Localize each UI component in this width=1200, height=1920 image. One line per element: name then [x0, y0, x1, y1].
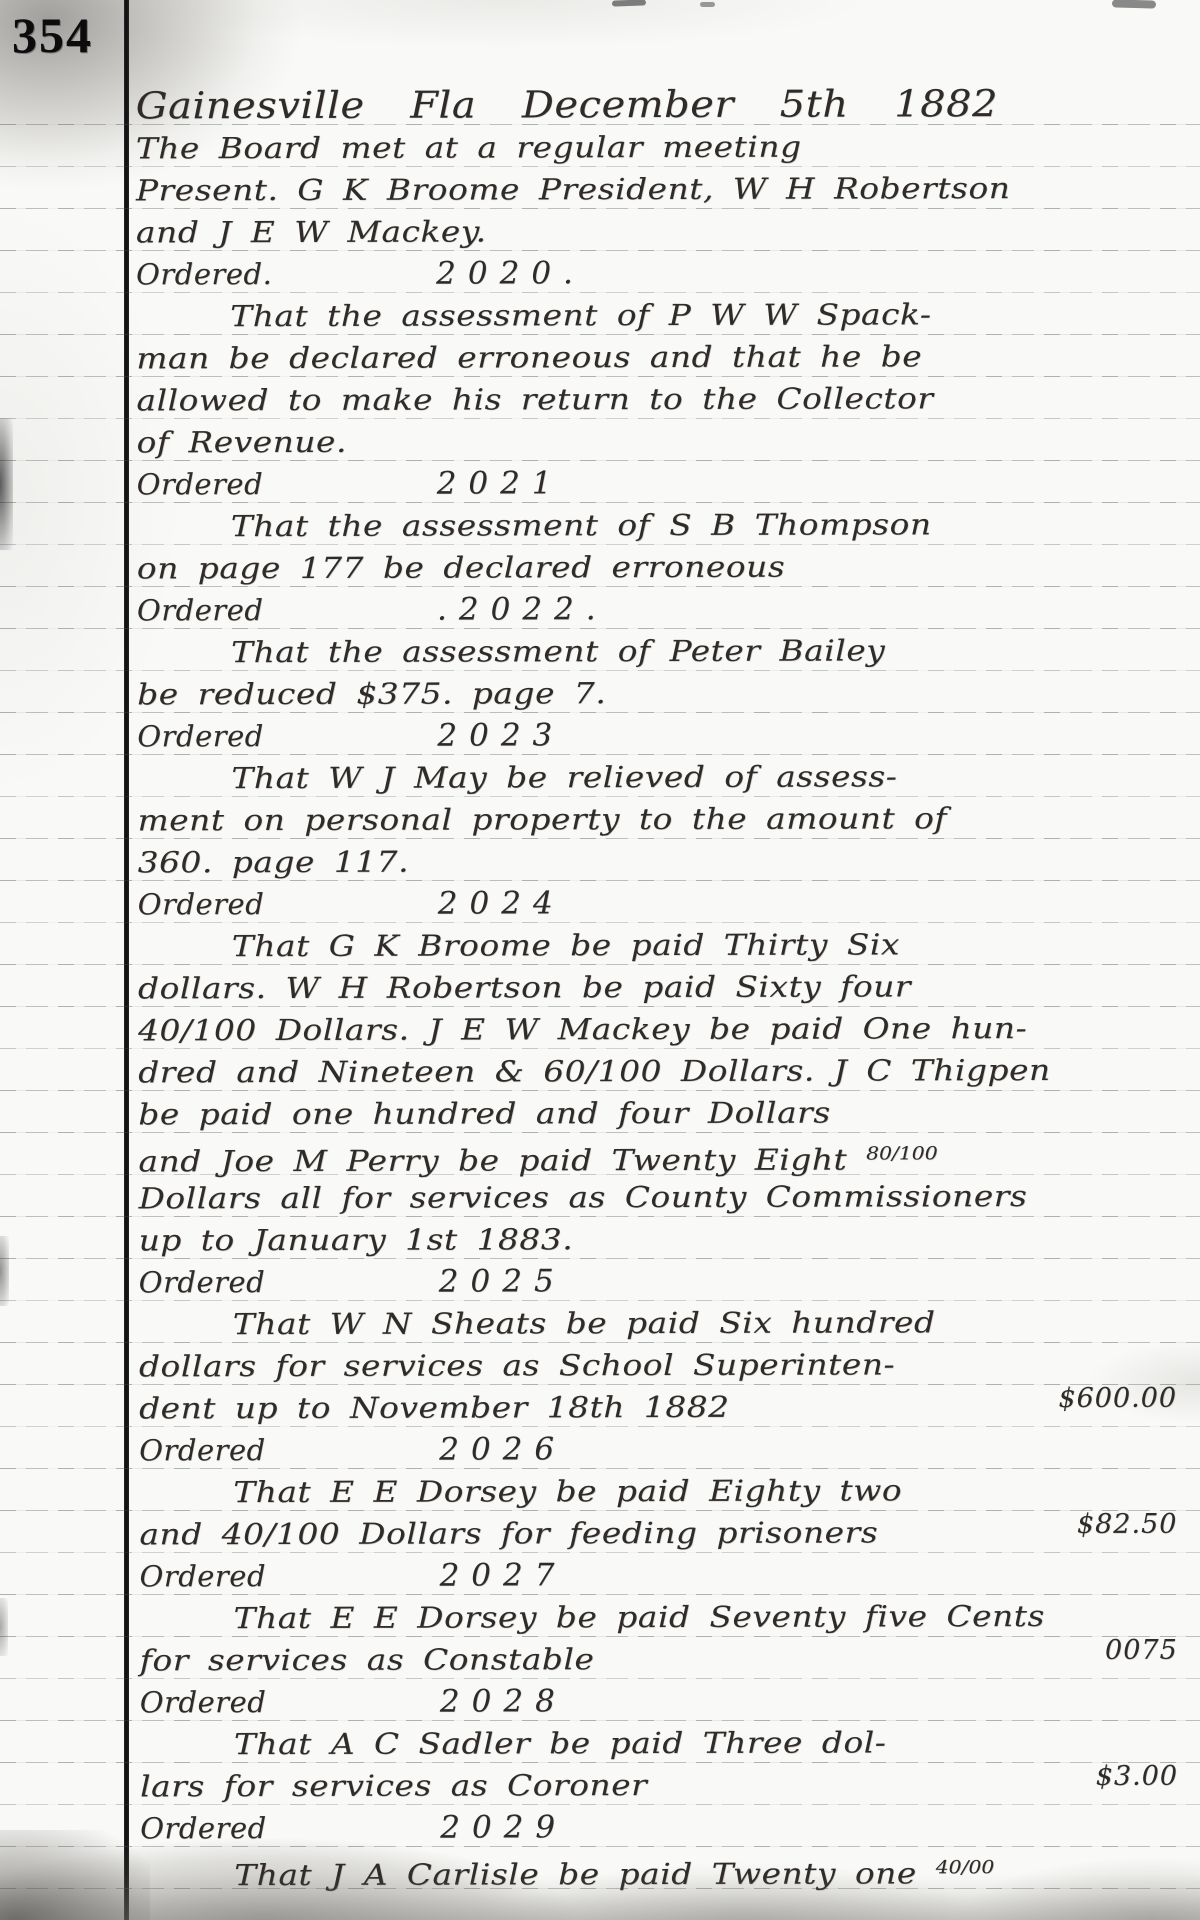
order-number: 2020. — [436, 255, 585, 291]
line-text: be paid one hundred and four Dollars — [138, 1092, 831, 1136]
order-number: 2025 — [439, 1263, 566, 1299]
ledger-page: 354 Gainesville Fla December 5th 1882The… — [0, 0, 1200, 1920]
line-text: Gainesville Fla December 5th 1882 — [136, 83, 999, 127]
document-line: dred and Nineteen & 60/100 Dollars. J C … — [138, 1049, 1182, 1094]
document-line: dent up to November 18th 1882$600.00 — [139, 1385, 1183, 1430]
ordered-label: Ordered — [137, 463, 437, 506]
line-text: That W J May be relieved of assess- — [231, 755, 897, 799]
order-number: 2023 — [437, 717, 564, 753]
document-line: That the assessment of Peter Bailey — [137, 629, 1181, 674]
line-text: be reduced $375. page 7. — [137, 672, 606, 715]
order-number: .2022. — [437, 591, 608, 627]
ordered-line: Ordered2023 — [137, 713, 1181, 758]
line-text: dent up to November 18th 1882 — [139, 1386, 730, 1430]
line-text: 40/100 Dollars. J E W Mackey be paid One… — [138, 1007, 1027, 1051]
document-line: allowed to make his return to the Collec… — [136, 377, 1180, 422]
ordered-line: Ordered2027 — [139, 1553, 1183, 1598]
document-line: dollars for services as School Superinte… — [139, 1343, 1183, 1388]
line-text: That the assessment of P W W Spack- — [230, 293, 931, 337]
document-line: for services as Constable0075 — [140, 1637, 1184, 1682]
line-text: That J A Carlisle be paid Twenty one 40/… — [234, 1847, 994, 1896]
line-text: and J E W Mackey. — [136, 210, 487, 253]
document-line: ment on personal property to the amount … — [138, 797, 1182, 842]
line-text: The Board met at a regular meeting — [136, 126, 802, 170]
amount-value: $600.00 — [1058, 1378, 1177, 1420]
document-line: be reduced $375. page 7. — [137, 671, 1181, 716]
scan-smudge — [1112, 0, 1156, 9]
ordered-label: Ordered — [137, 715, 437, 758]
document-line: 40/100 Dollars. J E W Mackey be paid One… — [138, 1007, 1182, 1052]
order-number: 2029 — [440, 1809, 567, 1845]
line-text: dollars. W H Robertson be paid Sixty fou… — [138, 965, 911, 1009]
document-line: That W N Sheats be paid Six hundred — [139, 1301, 1183, 1346]
document-line: The Board met at a regular meeting — [136, 125, 1180, 170]
line-text: That G K Broome be paid Thirty Six — [232, 923, 900, 967]
ordered-label: Ordered — [139, 1261, 439, 1304]
ordered-label: Ordered — [138, 883, 438, 926]
scan-smudge — [700, 2, 715, 7]
line-text: Dollars all for services as County Commi… — [138, 1175, 1027, 1219]
document-line: and J E W Mackey. — [136, 209, 1180, 254]
order-number: 2028 — [440, 1683, 567, 1719]
margin-rule-line — [124, 0, 129, 1920]
document-line: up to January 1st 1883. — [139, 1217, 1183, 1262]
line-text: That W N Sheats be paid Six hundred — [233, 1301, 936, 1345]
document-line: on page 177 be declared erroneous — [137, 545, 1181, 590]
line-text: Present. G K Broome President, W H Rober… — [136, 167, 1011, 211]
line-text: dred and Nineteen & 60/100 Dollars. J C … — [138, 1049, 1051, 1093]
document-line: That A C Sadler be paid Three dol- — [140, 1721, 1184, 1766]
document-line: That J A Carlisle be paid Twenty one 40/… — [140, 1847, 1184, 1892]
amount-value: $3.00 — [1096, 1756, 1178, 1798]
line-text: That the assessment of S B Thompson — [231, 503, 932, 547]
document-line: Dollars all for services as County Commi… — [138, 1175, 1182, 1220]
document-line: Gainesville Fla December 5th 1882 — [136, 83, 1180, 128]
document-line: That E E Dorsey be paid Seventy five Cen… — [140, 1595, 1184, 1640]
ordered-line: Ordered2024 — [138, 881, 1182, 926]
line-text: That E E Dorsey be paid Eighty two — [233, 1469, 902, 1513]
document-line: That W J May be relieved of assess- — [137, 755, 1181, 800]
scan-smudge — [0, 1236, 9, 1306]
ordered-label: Ordered — [137, 589, 437, 632]
ordered-line: Ordered2028 — [140, 1679, 1184, 1724]
line-text: up to January 1st 1883. — [139, 1218, 574, 1261]
line-text: 360. page 117. — [138, 841, 410, 884]
document-line: and Joe M Perry be paid Twenty Eight 80/… — [138, 1133, 1182, 1178]
page-number: 354 — [12, 6, 93, 64]
amount-value: 0075 — [1105, 1630, 1178, 1672]
ordered-line: Ordered2029 — [140, 1805, 1184, 1850]
fraction-superscript: 80/100 — [866, 1143, 938, 1164]
ordered-line: Ordered.2022. — [137, 587, 1181, 632]
line-text: on page 177 be declared erroneous — [137, 546, 785, 590]
line-text: ment on personal property to the amount … — [138, 797, 948, 841]
document-line: man be declared erroneous and that he be — [136, 335, 1180, 380]
line-text: allowed to make his return to the Collec… — [136, 377, 933, 421]
line-text: dollars for services as School Superinte… — [139, 1343, 895, 1387]
amount-value: $82.50 — [1077, 1504, 1178, 1546]
ordered-line: Ordered2025 — [139, 1259, 1183, 1304]
ordered-label: Ordered. — [136, 253, 436, 296]
document-line: of Revenue. — [137, 419, 1181, 464]
document-line: and 40/100 Dollars for feeding prisoners… — [139, 1511, 1183, 1556]
ordered-label: Ordered — [139, 1429, 439, 1472]
line-text: That A C Sadler be paid Three dol- — [234, 1721, 887, 1765]
line-text: That the assessment of Peter Bailey — [231, 629, 885, 673]
line-text: and 40/100 Dollars for feeding prisoners — [139, 1511, 878, 1555]
ordered-label: Ordered — [140, 1807, 440, 1850]
line-text: for services as Constable — [140, 1638, 595, 1681]
document-line: That G K Broome be paid Thirty Six — [138, 923, 1182, 968]
document-line: be paid one hundred and four Dollars — [138, 1091, 1182, 1136]
line-text: lars for services as Coroner — [140, 1764, 647, 1807]
document-line: dollars. W H Robertson be paid Sixty fou… — [138, 965, 1182, 1010]
scan-smudge — [0, 418, 13, 550]
handwritten-text: Gainesville Fla December 5th 1882The Boa… — [136, 83, 1185, 1892]
document-line: Present. G K Broome President, W H Rober… — [136, 167, 1180, 212]
document-line: That the assessment of P W W Spack- — [136, 293, 1180, 338]
order-number: 2027 — [439, 1557, 566, 1593]
order-number: 2024 — [438, 885, 565, 921]
fraction-superscript: 40/00 — [936, 1857, 995, 1878]
ordered-line: Ordered2021 — [137, 461, 1181, 506]
ordered-label: Ordered — [139, 1555, 439, 1598]
scan-smudge — [0, 1598, 8, 1656]
document-line: 360. page 117. — [138, 839, 1182, 884]
document-line: That E E Dorsey be paid Eighty two — [139, 1469, 1183, 1514]
line-text: man be declared erroneous and that he be — [136, 335, 922, 379]
ordered-line: Ordered2026 — [139, 1427, 1183, 1472]
line-text: That E E Dorsey be paid Seventy five Cen… — [234, 1595, 1045, 1639]
order-number: 2021 — [437, 465, 564, 501]
line-text: of Revenue. — [137, 421, 348, 464]
document-line: That the assessment of S B Thompson — [137, 503, 1181, 548]
ordered-line: Ordered.2020. — [136, 251, 1180, 296]
scan-smudge — [612, 0, 646, 7]
document-line: lars for services as Coroner$3.00 — [140, 1763, 1184, 1808]
ordered-label: Ordered — [140, 1681, 440, 1724]
order-number: 2026 — [439, 1431, 566, 1467]
